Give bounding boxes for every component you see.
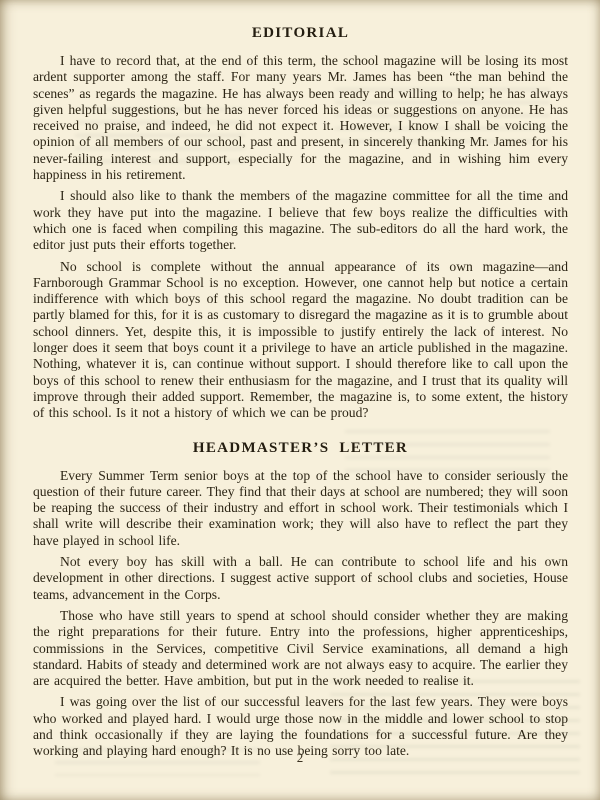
page-content: EDITORIAL I have to record that, at the … [33,0,568,765]
headmasters-letter-paragraph: Every Summer Term senior boys at the top… [33,468,568,549]
headmasters-letter-paragraph: Those who have still years to spend at s… [33,608,568,689]
editorial-paragraph: I should also like to thank the members … [33,188,568,253]
headmasters-letter-paragraph: Not every boy has skill with a ball. He … [33,554,568,603]
editorial-paragraph: I have to record that, at the end of thi… [33,53,568,183]
page-number: 2 [0,750,600,766]
editorial-title: EDITORIAL [33,0,568,42]
magazine-page: EDITORIAL I have to record that, at the … [0,0,600,800]
headmasters-letter-title: HEADMASTER’S LETTER [33,440,568,457]
editorial-paragraph: No school is complete without the annual… [33,259,568,422]
